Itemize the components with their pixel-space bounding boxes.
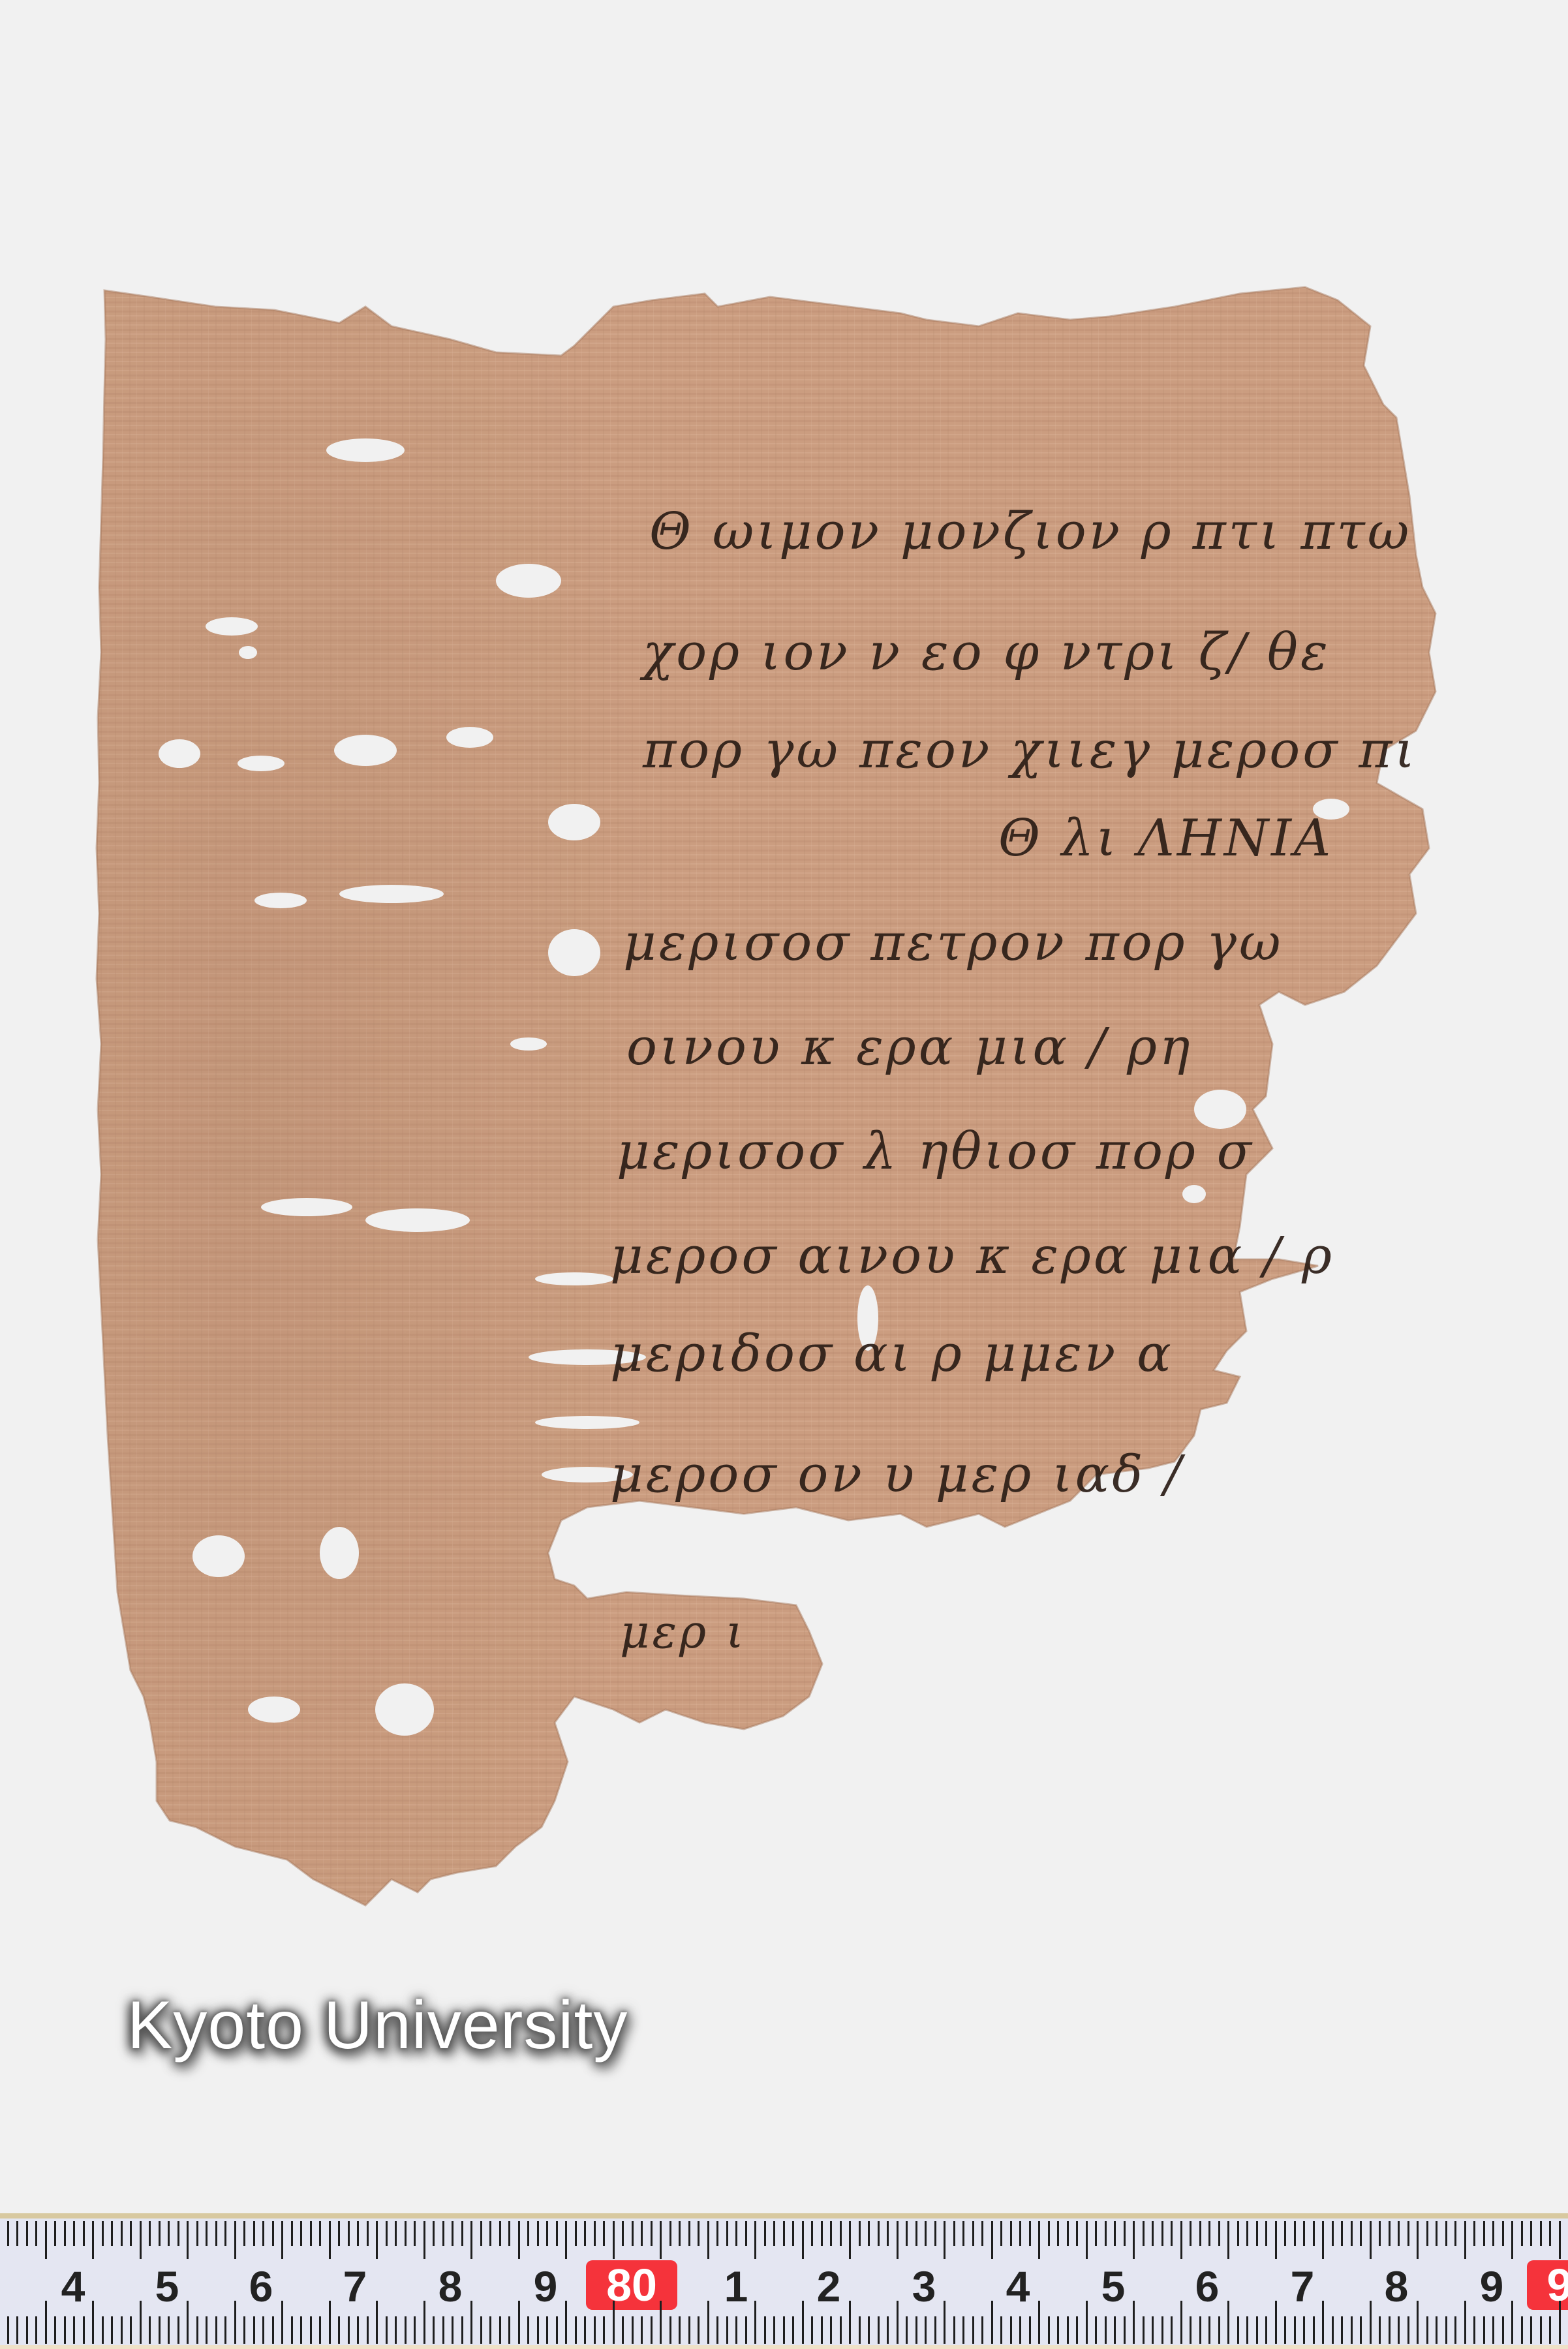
ruler-tick xyxy=(73,2316,75,2344)
ruler-tick xyxy=(102,2316,104,2344)
ruler-tick xyxy=(849,2221,851,2259)
ruler-tick xyxy=(679,2316,681,2344)
ruler-tick xyxy=(716,2316,718,2344)
ruler-tick xyxy=(915,2316,917,2344)
ruler-tick xyxy=(594,2221,596,2246)
ruler-tick xyxy=(243,2221,245,2246)
ruler-tick xyxy=(783,2221,785,2246)
ruler-tick xyxy=(329,2301,331,2344)
ruler-tick xyxy=(1029,2316,1031,2344)
ruler-tick xyxy=(518,2301,520,2344)
ruler-label: 5 xyxy=(1094,2262,1133,2311)
ruler-tick xyxy=(92,2221,94,2259)
ruler-tick xyxy=(348,2221,350,2246)
ruler-tick xyxy=(253,2221,255,2246)
kyoto-university-watermark: Kyoto University xyxy=(127,1987,628,2065)
ruler-tick xyxy=(1322,2221,1324,2259)
ruler-tick xyxy=(1379,2221,1381,2246)
ruler-tick xyxy=(802,2301,804,2344)
ruler-tick xyxy=(556,2221,558,2246)
ruler-label: 6 xyxy=(1188,2262,1227,2311)
ruler-tick xyxy=(1407,2316,1409,2344)
ruler-tick xyxy=(376,2301,378,2344)
ruler-tick xyxy=(470,2301,472,2344)
ruler-tick xyxy=(367,2316,369,2344)
ruler-tick xyxy=(1549,2221,1551,2246)
ruler-tick xyxy=(915,2221,917,2246)
ruler-tick xyxy=(840,2316,842,2344)
ruler-tick xyxy=(386,2221,388,2246)
ruler-tick xyxy=(414,2221,416,2246)
ruler-tick xyxy=(1511,2301,1513,2344)
ruler-tick xyxy=(1067,2316,1069,2344)
ruler-tick xyxy=(878,2316,880,2344)
papyrus-text-line-1: Θ ωιμον μονζιον ρ πτι πτω xyxy=(649,502,1411,561)
ruler-tick xyxy=(1303,2221,1305,2246)
ruler-tick xyxy=(64,2221,66,2246)
ruler-tick xyxy=(64,2316,66,2344)
ruler-tick xyxy=(1152,2316,1154,2344)
ruler-tick xyxy=(1227,2301,1229,2344)
ruler-tick xyxy=(1426,2316,1428,2344)
ruler-tick xyxy=(1313,2221,1315,2246)
ruler-tick xyxy=(887,2316,889,2344)
ruler-tick xyxy=(603,2316,605,2344)
ruler-tick xyxy=(1454,2221,1456,2246)
ruler-tick xyxy=(206,2221,208,2246)
ruler-tick xyxy=(1502,2316,1504,2344)
ruler-tick xyxy=(1483,2221,1485,2246)
ruler-tick xyxy=(934,2221,936,2246)
ruler-label: 7 xyxy=(335,2262,375,2311)
ruler-tick xyxy=(386,2316,388,2344)
ruler-tick xyxy=(177,2221,179,2246)
ruler-tick xyxy=(243,2316,245,2344)
ruler-tick xyxy=(679,2221,681,2246)
ruler-tick xyxy=(944,2221,945,2259)
ruler-tick xyxy=(1048,2316,1050,2344)
ruler-tick xyxy=(925,2221,927,2246)
ruler-tick xyxy=(480,2221,482,2246)
ruler-tick xyxy=(83,2316,85,2344)
ruler-tick xyxy=(357,2221,359,2246)
ruler-tick xyxy=(1265,2316,1267,2344)
ruler-tick xyxy=(981,2221,983,2246)
ruler-tick xyxy=(300,2221,302,2246)
ruler-tick xyxy=(1237,2316,1239,2344)
ruler-tick xyxy=(773,2316,775,2344)
ruler-tick xyxy=(897,2301,899,2344)
ruler-tick xyxy=(688,2316,690,2344)
ruler-tick xyxy=(972,2316,974,2344)
ruler-tick xyxy=(669,2221,671,2246)
ruler-label-highlight: 80 xyxy=(586,2260,677,2310)
ruler-label: 8 xyxy=(431,2262,470,2311)
ruler-tick xyxy=(281,2221,283,2259)
ruler-label: 2 xyxy=(809,2262,848,2311)
ruler-tick xyxy=(735,2221,737,2246)
ruler-tick xyxy=(962,2316,964,2344)
ruler-tick xyxy=(262,2316,264,2344)
ruler-tick xyxy=(651,2221,653,2246)
ruler-tick xyxy=(338,2316,340,2344)
ruler-tick xyxy=(991,2221,993,2259)
ruler-tick xyxy=(698,2316,699,2344)
ruler-tick xyxy=(1256,2316,1258,2344)
ruler-tick xyxy=(1464,2301,1466,2344)
ruler-tick xyxy=(594,2316,596,2344)
ruler-tick xyxy=(1057,2316,1059,2344)
ruler-tick xyxy=(45,2301,47,2344)
papyrus-text-line-2: χορ ιον ν εο φ ντρι ζ/ θε xyxy=(643,623,1330,682)
ruler-tick xyxy=(1143,2316,1145,2344)
ruler-tick xyxy=(1379,2316,1381,2344)
ruler-tick xyxy=(868,2221,870,2246)
ruler-tick xyxy=(121,2221,123,2246)
ruler-label: 4 xyxy=(54,2262,93,2311)
ruler-tick xyxy=(26,2221,28,2246)
ruler-tick xyxy=(1246,2221,1248,2246)
ruler-tick xyxy=(215,2316,217,2344)
ruler-tick xyxy=(7,2221,9,2246)
ruler-tick xyxy=(887,2221,889,2246)
papyrus-text-line-10: μεροσ ον υ μερ ιαδ / xyxy=(610,1445,1184,1504)
ruler-tick xyxy=(1303,2316,1305,2344)
ruler-tick xyxy=(1152,2221,1154,2246)
ruler-tick xyxy=(1426,2221,1428,2246)
ruler-tick xyxy=(310,2221,312,2246)
ruler-label-highlight: 9 xyxy=(1527,2260,1568,2310)
ruler-tick xyxy=(565,2301,567,2344)
ruler-tick xyxy=(859,2221,861,2246)
ruler-tick xyxy=(1284,2221,1286,2246)
ruler-tick xyxy=(489,2221,491,2246)
ruler-tick xyxy=(414,2316,416,2344)
ruler-tick xyxy=(906,2316,908,2344)
ruler-tick xyxy=(35,2221,37,2246)
ruler-tick xyxy=(83,2221,85,2246)
ruler-tick xyxy=(1114,2221,1116,2246)
ruler-tick xyxy=(111,2316,113,2344)
ruler-tick xyxy=(272,2316,274,2344)
ruler-tick xyxy=(792,2316,794,2344)
papyrus-text-line-9: μεριδοσ αι ρ μμεν α xyxy=(610,1325,1174,1383)
ruler-tick xyxy=(1521,2221,1523,2246)
ruler-tick xyxy=(187,2301,189,2344)
ruler-tick xyxy=(735,2316,737,2344)
ruler-tick xyxy=(187,2221,189,2259)
ruler-tick xyxy=(565,2221,567,2259)
papyrus-text-line-7: μερισοσ λ ηθιοσ πορ σ xyxy=(617,1122,1254,1181)
ruler-tick xyxy=(1000,2316,1002,2344)
ruler-tick xyxy=(811,2221,813,2246)
ruler-tick xyxy=(262,2221,264,2246)
ruler-tick xyxy=(830,2316,832,2344)
ruler-tick xyxy=(764,2221,766,2246)
ruler-tick xyxy=(470,2221,472,2259)
ruler-tick xyxy=(54,2221,56,2246)
ruler-tick xyxy=(783,2316,785,2344)
ruler-tick xyxy=(1445,2221,1447,2246)
papyrus-text-line-3: πορ γω πεον χιιεγ μεροσ πι xyxy=(643,721,1417,780)
ruler-tick xyxy=(149,2316,151,2344)
ruler-tick xyxy=(764,2316,766,2344)
ruler-tick xyxy=(1294,2221,1296,2246)
ruler-tick xyxy=(906,2221,908,2246)
ruler-tick xyxy=(272,2221,274,2246)
ruler-tick xyxy=(149,2221,151,2246)
ruler-label: 1 xyxy=(716,2262,756,2311)
ruler-tick xyxy=(1370,2221,1372,2259)
ruler-tick xyxy=(991,2301,993,2344)
ruler-label: 4 xyxy=(998,2262,1038,2311)
ruler-tick xyxy=(575,2316,577,2344)
ruler-tick xyxy=(54,2316,56,2344)
ruler-tick xyxy=(45,2221,47,2259)
ruler-tick xyxy=(140,2221,142,2259)
ruler-tick xyxy=(1256,2221,1258,2246)
ruler-tick xyxy=(1171,2221,1173,2246)
ruler-tick xyxy=(35,2316,37,2344)
ruler-tick xyxy=(651,2316,653,2344)
ruler-tick xyxy=(16,2221,18,2246)
ruler-tick xyxy=(584,2316,586,2344)
ruler-tick xyxy=(224,2221,226,2246)
ruler-tick xyxy=(508,2316,510,2344)
ruler-tick xyxy=(1038,2301,1040,2344)
ruler-tick xyxy=(291,2221,293,2246)
ruler-tick xyxy=(291,2316,293,2344)
ruler-tick xyxy=(1133,2221,1135,2259)
ruler-tick xyxy=(92,2301,94,2344)
ruler-tick xyxy=(792,2221,794,2246)
ruler-label: 9 xyxy=(526,2262,565,2311)
ruler-tick xyxy=(546,2221,548,2246)
ruler-tick xyxy=(281,2301,283,2344)
ruler-tick xyxy=(849,2301,851,2344)
ruler-tick xyxy=(1095,2316,1097,2344)
ruler-tick xyxy=(1133,2301,1135,2344)
ruler-tick xyxy=(584,2221,586,2246)
ruler-tick xyxy=(527,2221,529,2246)
ruler-tick xyxy=(16,2316,18,2344)
ruler-tick xyxy=(1445,2316,1447,2344)
ruler-tick xyxy=(452,2221,453,2246)
ruler-tick xyxy=(442,2316,444,2344)
ruler-tick xyxy=(1227,2221,1229,2259)
ruler-tick xyxy=(168,2316,170,2344)
ruler-tick xyxy=(499,2221,501,2246)
ruler-tick xyxy=(1000,2221,1002,2246)
ruler-tick xyxy=(1086,2221,1088,2259)
ruler-tick xyxy=(660,2221,662,2259)
ruler-tick xyxy=(423,2221,425,2259)
papyrus-text-line-8: μεροσ αινου κ ερα μια / ρ xyxy=(610,1227,1334,1285)
ruler-tick xyxy=(1559,2221,1561,2259)
ruler-tick xyxy=(1114,2316,1116,2344)
ruler-tick xyxy=(224,2316,226,2344)
ruler-tick xyxy=(1540,2221,1542,2246)
ruler-tick xyxy=(641,2221,643,2246)
ruler-tick xyxy=(348,2316,350,2344)
ruler-tick xyxy=(1511,2221,1513,2259)
ruler-tick xyxy=(376,2221,378,2259)
ruler-tick xyxy=(726,2221,728,2246)
ruler-tick xyxy=(830,2221,832,2246)
ruler-tick xyxy=(1313,2316,1315,2344)
ruler-tick xyxy=(1407,2221,1409,2246)
ruler-tick xyxy=(1190,2316,1191,2344)
ruler-tick xyxy=(1360,2316,1362,2344)
ruler-tick xyxy=(357,2316,359,2344)
ruler-tick xyxy=(660,2301,662,2344)
ruler-edge xyxy=(0,2345,1568,2349)
ruler-tick xyxy=(319,2316,321,2344)
ruler-tick xyxy=(622,2221,624,2246)
ruler-tick xyxy=(972,2221,974,2246)
ruler-tick xyxy=(461,2316,463,2344)
ruler-tick xyxy=(1076,2221,1078,2246)
ruler-tick xyxy=(1029,2221,1031,2246)
ruler-tick xyxy=(934,2316,936,2344)
ruler-tick xyxy=(26,2316,28,2344)
ruler-tick xyxy=(1294,2316,1296,2344)
ruler-tick xyxy=(716,2221,718,2246)
ruler-tick xyxy=(622,2316,624,2344)
ruler-tick xyxy=(300,2316,302,2344)
ruler-tick xyxy=(461,2221,463,2246)
ruler-tick xyxy=(754,2221,756,2259)
ruler-tick xyxy=(1171,2316,1173,2344)
ruler-tick xyxy=(338,2221,340,2246)
ruler-tick xyxy=(878,2221,880,2246)
ruler-tick xyxy=(1454,2316,1456,2344)
ruler-tick xyxy=(159,2316,161,2344)
ruler-tick xyxy=(177,2316,179,2344)
ruler-tick xyxy=(1549,2316,1551,2344)
ruler-tick xyxy=(1370,2301,1372,2344)
ruler-tick xyxy=(1010,2221,1012,2246)
ruler-tick xyxy=(745,2221,747,2246)
ruler-tick xyxy=(953,2316,955,2344)
ruler-tick xyxy=(1398,2221,1400,2246)
ruler-tick xyxy=(1067,2221,1069,2246)
ruler-tick xyxy=(546,2316,548,2344)
ruler-tick xyxy=(1218,2316,1220,2344)
ruler-tick xyxy=(196,2316,198,2344)
ruler-tick xyxy=(310,2316,312,2344)
ruler-tick xyxy=(641,2316,643,2344)
ruler-tick xyxy=(1105,2221,1107,2246)
ruler-tick xyxy=(1190,2221,1191,2246)
ruler-tick xyxy=(1389,2316,1391,2344)
ruler-tick xyxy=(868,2316,870,2344)
ruler-tick xyxy=(159,2221,161,2246)
ruler-tick xyxy=(1530,2221,1532,2246)
ruler-tick xyxy=(773,2221,775,2246)
ruler-tick xyxy=(669,2316,671,2344)
ruler-tick xyxy=(1492,2316,1494,2344)
papyrus-text-line-4: Θ λι ΛΗΝΙΑ xyxy=(998,809,1333,868)
ruler-tick xyxy=(489,2316,491,2344)
ruler-tick xyxy=(1180,2301,1182,2344)
ruler-tick xyxy=(1199,2221,1201,2246)
ruler-tick xyxy=(1521,2316,1523,2344)
ruler-tick xyxy=(556,2316,558,2344)
ruler-tick xyxy=(1398,2316,1400,2344)
ruler-tick xyxy=(1464,2221,1466,2259)
ruler-tick xyxy=(121,2316,123,2344)
ruler-tick xyxy=(168,2221,170,2246)
measuring-tape: 4 5 6 7 8 9 80 1 2 3 4 5 6 7 8 9 9 xyxy=(0,2213,1568,2349)
ruler-tick xyxy=(111,2221,113,2246)
ruler-tick xyxy=(726,2316,728,2344)
ruler-tick xyxy=(130,2316,132,2344)
ruler-tick xyxy=(206,2316,208,2344)
ruler-tick xyxy=(688,2221,690,2246)
ruler-tick xyxy=(821,2316,823,2344)
ruler-label: 3 xyxy=(904,2262,944,2311)
ruler-tick xyxy=(1389,2221,1391,2246)
ruler-tick xyxy=(925,2316,927,2344)
ruler-tick xyxy=(1322,2301,1324,2344)
ruler-label: 5 xyxy=(147,2262,187,2311)
ruler-tick xyxy=(1161,2221,1163,2246)
ruler-tick xyxy=(821,2221,823,2246)
ruler-tick xyxy=(1473,2221,1475,2246)
ruler-tick xyxy=(754,2301,756,2344)
ruler-tick xyxy=(253,2316,255,2344)
ruler-tick xyxy=(1057,2221,1059,2246)
ruler-tick xyxy=(1019,2316,1021,2344)
ruler-tick xyxy=(1237,2221,1239,2246)
ruler-label: 7 xyxy=(1283,2262,1322,2311)
ruler-tick xyxy=(1417,2301,1419,2344)
ruler-tick xyxy=(962,2221,964,2246)
ruler-tick xyxy=(537,2316,539,2344)
ruler-tick xyxy=(452,2316,453,2344)
papyrus-text-line-5: μερισοσ πετρον πορ γω xyxy=(623,913,1284,972)
ruler-tick xyxy=(1208,2221,1210,2246)
ruler-tick xyxy=(1436,2221,1437,2246)
ruler-tick xyxy=(395,2316,397,2344)
ruler-tick xyxy=(7,2316,9,2344)
ruler-tick xyxy=(859,2316,861,2344)
ruler-tick xyxy=(405,2221,407,2246)
ruler-tick xyxy=(1417,2221,1419,2259)
ruler-tick xyxy=(1473,2316,1475,2344)
ruler-tick xyxy=(632,2221,634,2246)
ruler-tick xyxy=(1076,2316,1078,2344)
ruler-tick xyxy=(944,2301,945,2344)
ruler-tick xyxy=(745,2316,747,2344)
ruler-tick xyxy=(130,2221,132,2246)
ruler-tick xyxy=(1332,2221,1334,2246)
ruler-tick xyxy=(367,2221,369,2246)
ruler-tick xyxy=(1332,2316,1334,2344)
ruler-tick xyxy=(395,2221,397,2246)
ruler-tick xyxy=(537,2221,539,2246)
ruler-tick xyxy=(73,2221,75,2246)
ruler-tick xyxy=(1038,2221,1040,2259)
ruler-tick xyxy=(234,2301,236,2344)
ruler-tick xyxy=(319,2221,321,2246)
ruler-tick xyxy=(1275,2221,1277,2259)
ruler-tick xyxy=(707,2221,709,2259)
ruler-tick xyxy=(840,2221,842,2246)
ruler-tick xyxy=(1180,2221,1182,2259)
ruler-label: 9 xyxy=(1472,2262,1511,2311)
